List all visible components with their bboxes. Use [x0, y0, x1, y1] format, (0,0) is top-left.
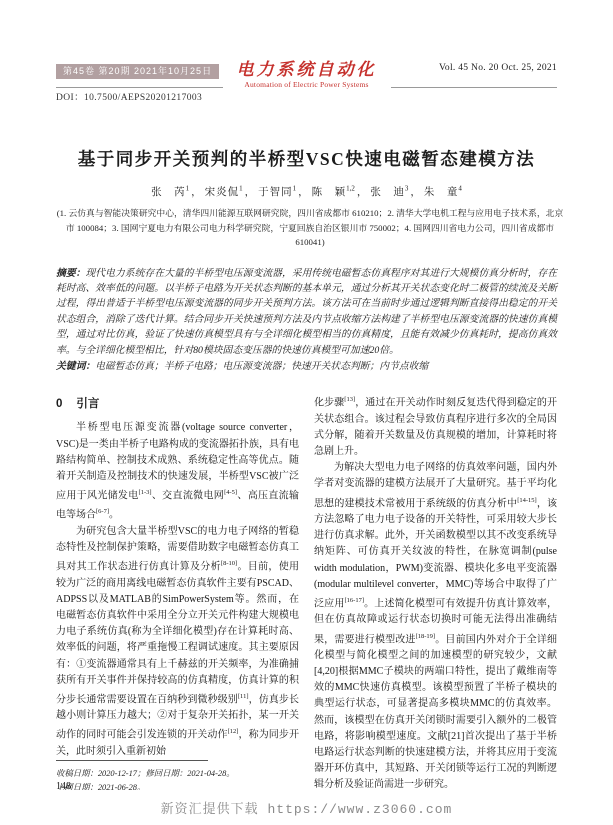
page-header: 第45卷 第20期 2021年10月25日 DOI：10.7500/AEPS20… — [56, 0, 557, 106]
footnote-online-date: 上网日期：2021-06-28。 — [56, 781, 299, 790]
abstract-label: 摘要： — [56, 268, 85, 279]
author-separator: ， — [410, 187, 422, 198]
section-number: 0 — [56, 398, 62, 410]
article-title: 基于同步开关预判的半桥型VSC快速电磁暂态建模方法 — [56, 146, 557, 171]
author: 于智同1 — [258, 187, 296, 198]
journal-logo: 电力系统自动化 Automation of Electric Power Sys… — [223, 60, 391, 90]
watermark-text: 新资汇提供下载 https://www.z3060.com — [0, 798, 613, 817]
author: 陈 颖1,2 — [312, 187, 355, 198]
body-paragraph: 为研究包含大量半桥型VSC的电力电子网络的暂稳态特性及控制保护策略，需要借助数字… — [56, 524, 299, 760]
author-separator: ， — [245, 187, 257, 198]
issue-info-badge: 第45卷 第20期 2021年10月25日 — [56, 64, 219, 79]
author: 张 迪3 — [370, 187, 408, 198]
keywords-label: 关键词： — [56, 361, 95, 372]
header-left: 第45卷 第20期 2021年10月25日 DOI：10.7500/AEPS20… — [56, 61, 219, 103]
abstract: 摘要：现代电力系统存在大量的半桥型电压源变流器，采用传统电磁暂态仿真程序对其进行… — [56, 266, 557, 358]
article-content: 基于同步开关预判的半桥型VSC快速电磁暂态建模方法 张 芮1，宋炎侃1，于智同1… — [0, 146, 613, 790]
author: 朱 童4 — [424, 187, 462, 198]
body-columns: 0引言 半桥型电压源变流器(voltage source converter，V… — [56, 392, 557, 790]
author-line: 张 芮1，宋炎侃1，于智同1，陈 颖1,2，张 迪3，朱 童4 — [56, 184, 557, 199]
left-column: 0引言 半桥型电压源变流器(voltage source converter，V… — [56, 392, 299, 790]
keywords-text: 电磁暂态仿真；半桥子电路；电压源变流器；快速开关状态判断；内节点收缩 — [95, 361, 428, 372]
section-heading-introduction: 0引言 — [56, 395, 299, 411]
abstract-text: 现代电力系统存在大量的半桥型电压源变流器，采用传统电磁暂态仿真程序对其进行大规模… — [56, 268, 557, 356]
section-title: 引言 — [76, 398, 99, 410]
author: 张 芮1 — [151, 187, 189, 198]
footnote-received-date: 收稿日期：2020-12-17；修回日期：2021-04-28。 — [56, 767, 299, 781]
volume-info: Vol. 45 No. 20 Oct. 25, 2021 — [439, 63, 557, 73]
keywords: 关键词：电磁暂态仿真；半桥子电路；电压源变流器；快速开关状态判断；内节点收缩 — [56, 359, 557, 374]
author: 宋炎侃1 — [205, 187, 243, 198]
doi-text: DOI：10.7500/AEPS20201217003 — [56, 89, 219, 103]
body-paragraph: 化步骤[13]，通过在开关动作时刻反复迭代得到稳定的开关状态组合。该过程会导致仿… — [314, 392, 557, 460]
journal-page: 第45卷 第20期 2021年10月25日 DOI：10.7500/AEPS20… — [0, 0, 613, 825]
footnote-divider — [56, 760, 208, 761]
body-paragraph: 半桥型电压源变流器(voltage source converter，VSC)是… — [56, 420, 299, 524]
affiliations: (1. 云仿真与智能决策研究中心，清华四川能源互联网研究院，四川省成都市 610… — [56, 206, 564, 250]
page-number: 148 — [56, 781, 71, 792]
author-separator: ， — [191, 187, 203, 198]
right-column: 化步骤[13]，通过在开关动作时刻反复迭代得到稳定的开关状态组合。该过程会导致仿… — [314, 392, 557, 790]
footnote-block: 收稿日期：2020-12-17；修回日期：2021-04-28。 上网日期：20… — [56, 760, 299, 790]
body-paragraph: 为解决大型电力电子网络的仿真效率问题，国内外学者对变流器的建模方法展开了大量研究… — [314, 460, 557, 790]
author-separator: ， — [298, 187, 310, 198]
journal-name-en: Automation of Electric Power Systems — [237, 80, 377, 90]
journal-name-cn: 电力系统自动化 — [237, 60, 377, 80]
author-separator: ， — [357, 187, 369, 198]
